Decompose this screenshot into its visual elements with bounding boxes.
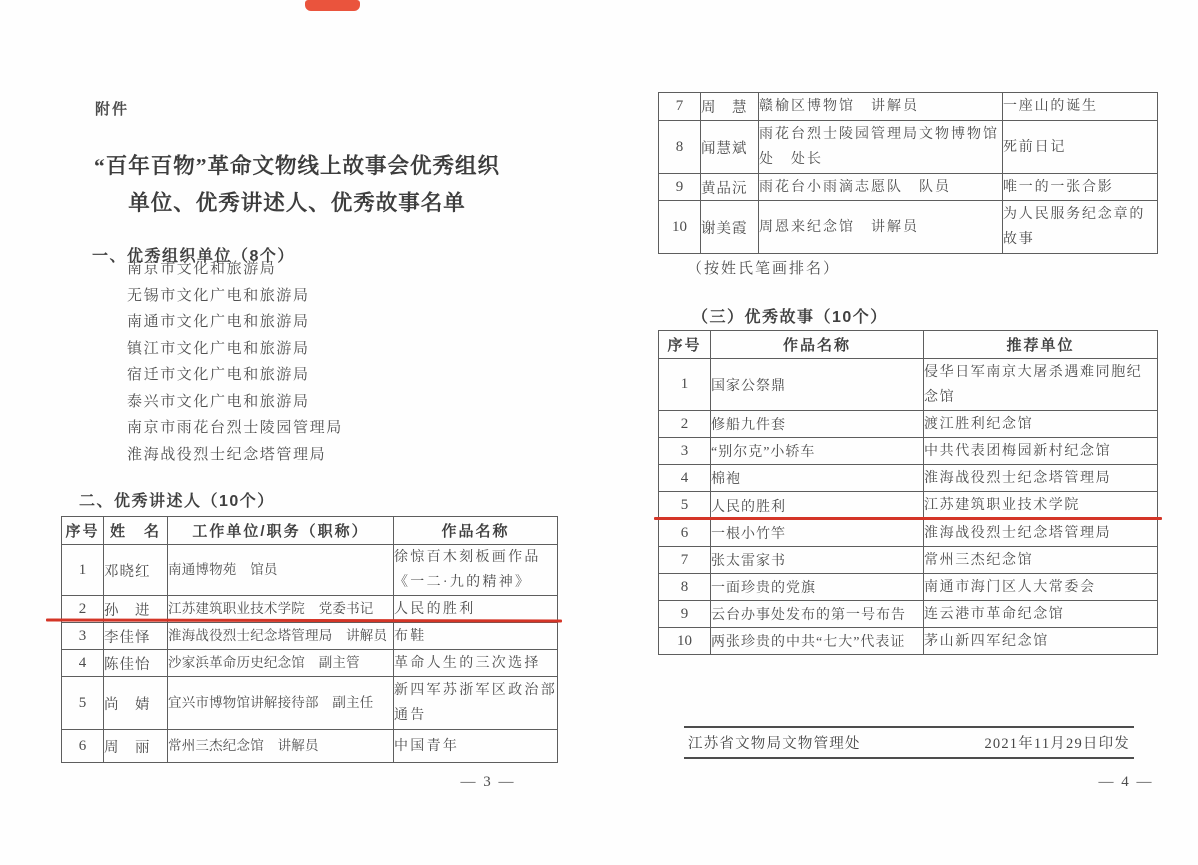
cell-index: 9 [659,174,701,201]
table-row: 2 修船九件套 渡江胜利纪念馆 [659,411,1158,438]
organization-item: 南京市文化和旅游局 [127,256,343,283]
organization-item: 泰兴市文化广电和旅游局 [127,389,343,416]
stories-table: 序号 作品名称 推荐单位 1 国家公祭鼎 侵华日军南京大屠杀遇难同胞纪念馆 2 … [658,330,1158,655]
footer-rule-bottom [684,757,1134,759]
column-header-index: 序号 [659,331,711,359]
cell-recommender: 侵华日军南京大屠杀遇难同胞纪念馆 [924,359,1158,411]
cell-story: 一根小竹竿 [711,520,924,547]
speakers-table: 序号 姓 名 工作单位/职务（职称） 作品名称 1 邓晓红 南通博物苑 馆员 徐… [61,516,558,763]
cell-story: 云台办事处发布的第一号布告 [711,601,924,628]
document-title: “百年百物”革命文物线上故事会优秀组织 单位、优秀讲述人、优秀故事名单 [58,148,536,222]
table-row: 10 谢美霞 周恩来纪念馆 讲解员 为人民服务纪念章的故事 [659,201,1158,254]
cell-index: 6 [659,520,711,547]
sort-note: （按姓氏笔画排名） [687,257,840,278]
organization-item: 南京市雨花台烈士陵园管理局 [127,415,343,442]
cell-name: 陈佳怡 [104,650,168,677]
table-row: 8 一面珍贵的党旗 南通市海门区人大常委会 [659,574,1158,601]
cell-index: 3 [659,438,711,465]
attachment-label: 附件 [95,98,129,119]
table-row: 5 尚 婧 宜兴市博物馆讲解接待部 副主任 新四军苏浙军区政治部通告 [62,677,558,730]
table-row: 5 人民的胜利 江苏建筑职业技术学院 [659,492,1158,520]
column-header-work: 作品名称 [711,331,924,359]
page-number-4: — 4 — [1086,774,1166,791]
cell-index: 1 [62,545,104,596]
cell-unit: 宜兴市博物馆讲解接待部 副主任 [168,677,394,730]
table-row: 4 陈佳怡 沙家浜革命历史纪念馆 副主管 革命人生的三次选择 [62,650,558,677]
section-heading-speakers: 二、优秀讲述人（10个） [79,488,275,511]
organization-item: 淮海战役烈士纪念塔管理局 [127,442,343,469]
cell-recommender: 渡江胜利纪念馆 [924,411,1158,438]
cell-unit: 赣榆区博物馆 讲解员 [759,93,1003,121]
cell-index: 10 [659,201,701,254]
cell-work: 徐惊百木刻板画作品《一二·九的精神》 [394,545,558,596]
organization-list: 南京市文化和旅游局 无锡市文化广电和旅游局 南通市文化广电和旅游局 镇江市文化广… [127,256,343,468]
footer-print-date: 2021年11月29日印发 [984,732,1130,753]
cell-unit: 南通博物苑 馆员 [168,545,394,596]
cell-index: 4 [62,650,104,677]
cell-story: 两张珍贵的中共“七大”代表证 [711,628,924,655]
cell-recommender: 连云港市革命纪念馆 [924,601,1158,628]
cell-recommender: 南通市海门区人大常委会 [924,574,1158,601]
cell-story: “别尔克”小轿车 [711,438,924,465]
organization-item: 南通市文化广电和旅游局 [127,309,343,336]
cell-index: 4 [659,465,711,492]
cell-recommender: 茅山新四军纪念馆 [924,628,1158,655]
organization-item: 宿迁市文化广电和旅游局 [127,362,343,389]
column-header-unit: 工作单位/职务（职称） [168,517,394,545]
cell-index: 5 [62,677,104,730]
cell-index: 8 [659,574,711,601]
table-row: 7 周 慧 赣榆区博物馆 讲解员 一座山的诞生 [659,93,1158,121]
cell-recommender: 淮海战役烈士纪念塔管理局 [924,520,1158,547]
cell-index: 1 [659,359,711,411]
table-row: 6 一根小竹竿 淮海战役烈士纪念塔管理局 [659,520,1158,547]
table-row: 8 闻慧斌 雨花台烈士陵园管理局文物博物馆处 处长 死前日记 [659,121,1158,174]
cell-index: 5 [659,492,711,520]
organization-item: 无锡市文化广电和旅游局 [127,283,343,310]
cell-story: 国家公祭鼎 [711,359,924,411]
cell-unit: 周恩来纪念馆 讲解员 [759,201,1003,254]
cell-unit: 淮海战役烈士纪念塔管理局 讲解员 [168,623,394,650]
cell-index: 6 [62,730,104,763]
page-number-3: — 3 — [448,774,528,791]
table-row: 1 邓晓红 南通博物苑 馆员 徐惊百木刻板画作品《一二·九的精神》 [62,545,558,596]
cell-story: 一面珍贵的党旗 [711,574,924,601]
cell-index: 2 [659,411,711,438]
cell-name: 周 丽 [104,730,168,763]
footer-issuer: 江苏省文物局文物管理处 [688,732,861,753]
cell-recommender: 常州三杰纪念馆 [924,547,1158,574]
cell-recommender: 中共代表团梅园新村纪念馆 [924,438,1158,465]
cell-work: 中国青年 [394,730,558,763]
table-row: 1 国家公祭鼎 侵华日军南京大屠杀遇难同胞纪念馆 [659,359,1158,411]
cell-index: 3 [62,623,104,650]
cell-work: 布鞋 [394,623,558,650]
cell-unit: 雨花台烈士陵园管理局文物博物馆处 处长 [759,121,1003,174]
cell-work: 死前日记 [1003,121,1158,174]
cell-work: 新四军苏浙军区政治部通告 [394,677,558,730]
document-footer: 江苏省文物局文物管理处 2021年11月29日印发 [684,726,1134,759]
cell-story: 棉袍 [711,465,924,492]
stories-table-header-row: 序号 作品名称 推荐单位 [659,331,1158,359]
table-row: 3 李佳怿 淮海战役烈士纪念塔管理局 讲解员 布鞋 [62,623,558,650]
table-row: 10 两张珍贵的中共“七大”代表证 茅山新四军纪念馆 [659,628,1158,655]
cell-story: 人民的胜利 [711,492,924,520]
cell-story: 修船九件套 [711,411,924,438]
cell-work: 一座山的诞生 [1003,93,1158,121]
speakers-table-header-row: 序号 姓 名 工作单位/职务（职称） 作品名称 [62,517,558,545]
red-underline-story-row-5 [654,517,1162,520]
column-header-work: 作品名称 [394,517,558,545]
red-stamp-mark [305,0,360,11]
column-header-index: 序号 [62,517,104,545]
document-title-line-2: 单位、优秀讲述人、优秀故事名单 [58,185,536,222]
table-row: 9 黄品沅 雨花台小雨滴志愿队 队员 唯一的一张合影 [659,174,1158,201]
cell-name: 周 慧 [701,93,759,121]
cell-name: 尚 婧 [104,677,168,730]
cell-recommender: 淮海战役烈士纪念塔管理局 [924,465,1158,492]
column-header-name: 姓 名 [104,517,168,545]
table-row: 3 “别尔克”小轿车 中共代表团梅园新村纪念馆 [659,438,1158,465]
document-title-line-1: “百年百物”革命文物线上故事会优秀组织 [58,148,536,185]
cell-unit: 雨花台小雨滴志愿队 队员 [759,174,1003,201]
cell-index: 9 [659,601,711,628]
cell-name: 李佳怿 [104,623,168,650]
cell-unit: 沙家浜革命历史纪念馆 副主管 [168,650,394,677]
cell-work: 唯一的一张合影 [1003,174,1158,201]
table-row: 4 棉袍 淮海战役烈士纪念塔管理局 [659,465,1158,492]
cell-index: 7 [659,93,701,121]
cell-index: 10 [659,628,711,655]
cell-name: 闻慧斌 [701,121,759,174]
table-row: 9 云台办事处发布的第一号布告 连云港市革命纪念馆 [659,601,1158,628]
table-row: 6 周 丽 常州三杰纪念馆 讲解员 中国青年 [62,730,558,763]
column-header-recommender: 推荐单位 [924,331,1158,359]
cell-name: 谢美霞 [701,201,759,254]
cell-work: 革命人生的三次选择 [394,650,558,677]
scanned-document: { "colors": { "annotation_red": "#d43527… [0,0,1198,865]
organization-item: 镇江市文化广电和旅游局 [127,336,343,363]
cell-index: 8 [659,121,701,174]
cell-story: 张太雷家书 [711,547,924,574]
cell-work: 为人民服务纪念章的故事 [1003,201,1158,254]
cell-name: 黄品沅 [701,174,759,201]
cell-unit: 常州三杰纪念馆 讲解员 [168,730,394,763]
speakers-table-continued: 7 周 慧 赣榆区博物馆 讲解员 一座山的诞生 8 闻慧斌 雨花台烈士陵园管理局… [658,92,1158,254]
section-heading-stories: （三）优秀故事（10个） [692,304,888,327]
cell-index: 7 [659,547,711,574]
table-row: 7 张太雷家书 常州三杰纪念馆 [659,547,1158,574]
cell-recommender: 江苏建筑职业技术学院 [924,492,1158,520]
cell-name: 邓晓红 [104,545,168,596]
